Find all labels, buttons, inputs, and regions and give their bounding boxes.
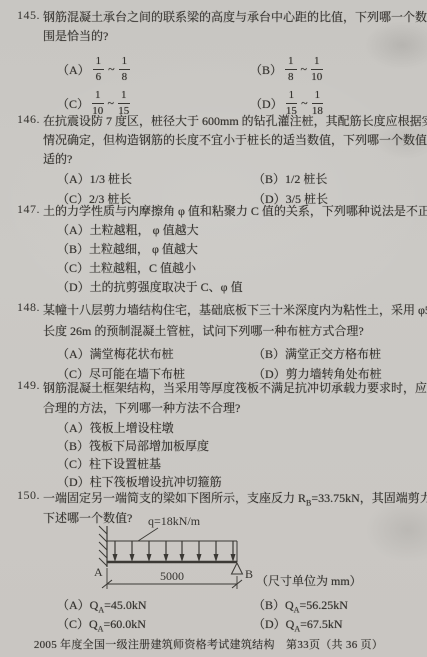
beam-diagram: q=18kN/m A B 5000 xyxy=(88,512,262,598)
fraction: 18 xyxy=(285,55,297,83)
question-146-text-line2: 情况确定，但构造钢筋的长度不宜小于桩长的适当数值，下列哪一个数值是 xyxy=(43,131,427,150)
question-147-option-d: （D）土的抗剪强度取决于 C、φ 值 xyxy=(57,278,427,297)
question-149-text-line1: 钢筋混凝土框架结构，当采用等厚度筏板不满足抗冲切承载力要求时，应采 xyxy=(43,378,427,398)
question-147-option-b: （B）土粒越细， φ 值越大 xyxy=(57,240,427,259)
leader-line xyxy=(138,528,158,541)
load-label: q=18kN/m xyxy=(148,514,201,528)
question-150-text-line1: 一端固定另一端简支的梁如下图所示，支座反力 RB=33.75kN，其固端剪力 xyxy=(43,488,427,508)
question-149-option-a: （A）筏板上增设柱墩 xyxy=(57,419,427,437)
dimension-line: 5000 xyxy=(102,568,242,589)
pin-support xyxy=(232,563,243,574)
question-150-number: 150. xyxy=(17,488,40,503)
question-148: 148. 某幢十八层剪力墙结构住宅，基础底板下三十米深度内为粘性土，采用 φ50… xyxy=(0,300,427,384)
question-147-number: 147. xyxy=(17,202,40,217)
question-150-option-c: （C）QA=60.0kN xyxy=(57,615,253,634)
fraction: 110 xyxy=(311,55,323,83)
question-146-text-line1: 在抗震设防 7 度区，桩径大于 600mm 的钻孔灌注桩，其配筋长度应根据实 xyxy=(43,112,427,131)
question-148-number: 148. xyxy=(17,300,40,315)
question-149-text-line2: 合理的方法，下列哪一种方法不合理? xyxy=(43,398,427,418)
support-b-label: B xyxy=(245,567,253,581)
question-149-option-b: （B）筏板下局部增加板厚度 xyxy=(57,437,427,455)
question-145-number: 145. xyxy=(17,8,40,23)
question-146-number: 146. xyxy=(17,112,40,127)
unit-note: （尺寸单位为 mm） xyxy=(256,572,362,589)
question-146: 146. 在抗震设防 7 度区，桩径大于 600mm 的钻孔灌注桩，其配筋长度应… xyxy=(0,112,427,209)
page-footer: 2005 年度全国一级注册建筑师资格考试建筑结构 第33页（共 36 页） xyxy=(0,636,417,652)
distributed-load xyxy=(107,541,237,562)
question-146-text-line3: 适的? xyxy=(43,150,427,169)
question-149: 149. 钢筋混凝土框架结构，当采用等厚度筏板不满足抗冲切承载力要求时，应采 合… xyxy=(0,378,427,491)
fixed-support xyxy=(99,526,107,567)
question-149-option-c: （C）柱下设置桩基 xyxy=(57,455,427,473)
question-146-option-b: （B）1/2 桩长 xyxy=(253,169,327,189)
question-150-option-a: （A）QA=45.0kN xyxy=(57,596,253,615)
question-150: 150. 一端固定另一端简支的梁如下图所示，支座反力 RB=33.75kN，其固… xyxy=(0,488,427,648)
fraction: 16 xyxy=(93,55,105,83)
question-149-number: 149. xyxy=(17,378,40,393)
question-150-option-b: （B）QA=56.25kN xyxy=(253,596,348,615)
load-arrows xyxy=(113,541,236,562)
question-146-option-a: （A）1/3 桩长 xyxy=(57,169,253,189)
question-150-option-d: （D）QA=67.5kN xyxy=(253,615,343,634)
question-148-text-line2: 长度 26m 的预制混凝土管桩，试问下列哪一种布桩方式合理? xyxy=(43,321,427,342)
question-148-option-a: （A）满堂梅花状布桩 xyxy=(57,344,253,364)
question-148-option-b: （B）满堂正交方格布桩 xyxy=(253,344,381,364)
question-147-text-line1: 土的力学性质与内摩擦角 φ 值和粘聚力 C 值的关系，下列哪种说法是不正确的 xyxy=(43,202,427,221)
question-145-option-b: （B） 18 ~ 110 xyxy=(250,55,326,83)
support-a-label: A xyxy=(94,565,103,579)
question-147: 147. 土的力学性质与内摩擦角 φ 值和粘聚力 C 值的关系，下列哪种说法是不… xyxy=(0,202,427,297)
question-145: 145. 钢筋混凝土承台之间的联系梁的高度与承台中心距的比值，下列哪一个数值范 … xyxy=(0,8,427,120)
question-145-option-a: （A） 16 ~ 18 xyxy=(57,55,250,83)
span-dimension-label: 5000 xyxy=(160,569,184,583)
fraction: 18 xyxy=(119,55,131,83)
question-145-text-line1: 钢筋混凝土承台之间的联系梁的高度与承台中心距的比值，下列哪一个数值范 xyxy=(43,8,427,27)
exam-page: 145. 钢筋混凝土承台之间的联系梁的高度与承台中心距的比值，下列哪一个数值范 … xyxy=(0,0,427,657)
question-148-text-line1: 某幢十八层剪力墙结构住宅，基础底板下三十米深度内为粘性土，采用 φ50 xyxy=(43,300,427,321)
question-145-text-line2: 围是恰当的? xyxy=(43,27,427,46)
question-147-option-a: （A）土粒越粗， φ 值越大 xyxy=(57,221,427,240)
question-147-option-c: （C）土粒越粗，C 值越小 xyxy=(57,259,427,278)
